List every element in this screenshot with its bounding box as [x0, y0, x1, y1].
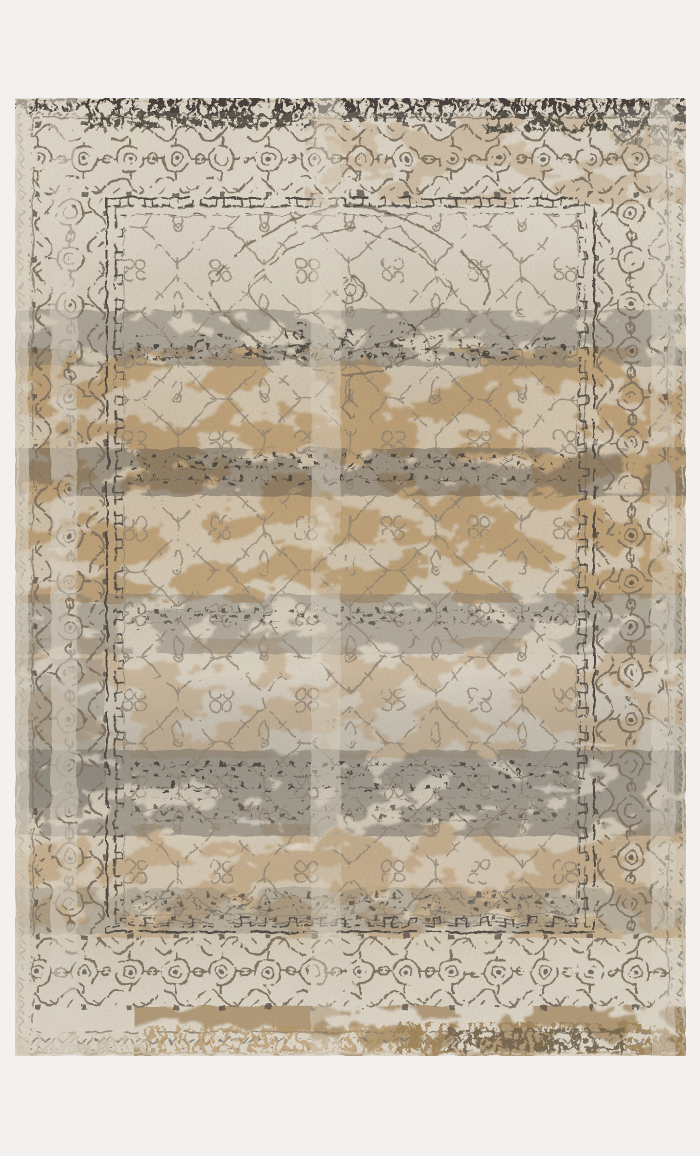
page: { "image": { "alt": "Distressed vintage-… [0, 0, 700, 1156]
rug-artwork [15, 98, 686, 1056]
rug-weave [15, 98, 686, 1056]
rug-image [15, 98, 686, 1056]
rug-shading [15, 98, 686, 1056]
